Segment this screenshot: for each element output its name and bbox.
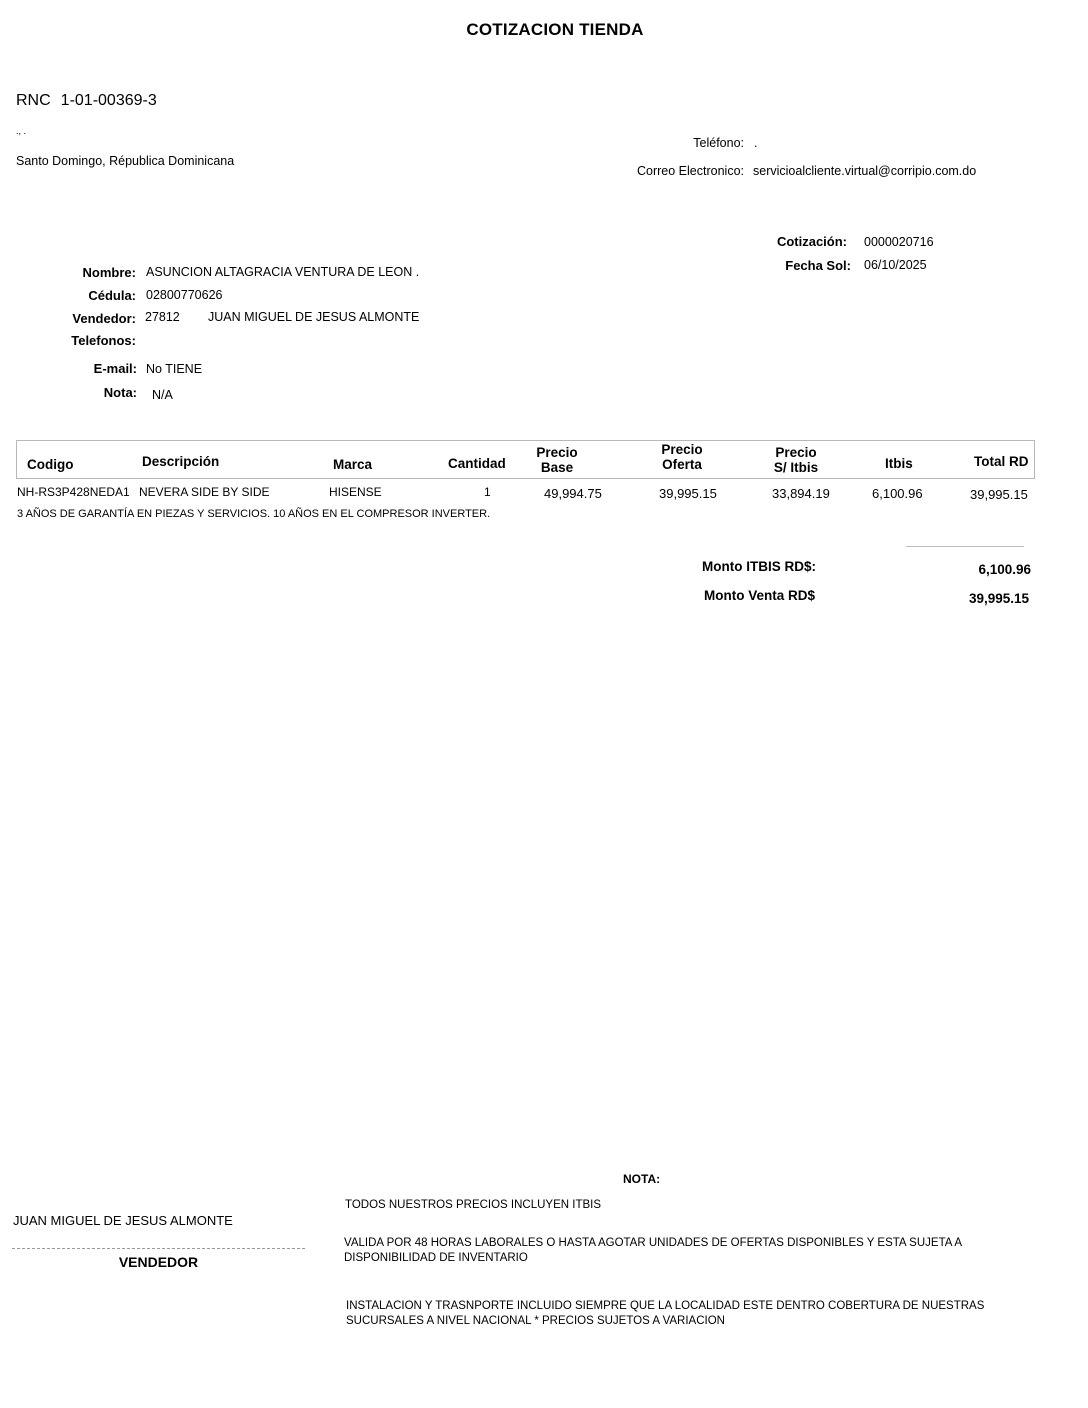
customer-note-label: Nota: xyxy=(104,385,137,400)
footer-note-3: INSTALACION Y TRASNPORTE INCLUIDO SIEMPR… xyxy=(346,1299,1006,1329)
rnc: RNC1-01-00369-3 xyxy=(16,92,157,110)
cell-precio-oferta: 39,995.15 xyxy=(659,486,717,501)
col-header-cantidad: Cantidad xyxy=(448,456,506,471)
footer-note-1: TODOS NUESTROS PRECIOS INCLUYEN ITBIS xyxy=(345,1198,1005,1213)
signature-line xyxy=(12,1248,305,1249)
col-header-descripcion: Descripción xyxy=(142,454,219,469)
quote-number-value: 0000020716 xyxy=(864,235,934,249)
sale-total-label: Monto Venta RD$ xyxy=(704,588,815,603)
itbis-total-value: 6,100.96 xyxy=(978,562,1031,577)
cell-descripcion: NEVERA SIDE BY SIDE xyxy=(139,485,270,499)
cell-marca: HISENSE xyxy=(329,485,382,499)
rnc-value: 1-01-00369-3 xyxy=(61,92,157,109)
col-header-precio-oferta: Precio Oferta xyxy=(652,442,712,472)
col-header-precio-base: Precio Base xyxy=(528,445,586,475)
itbis-total-label: Monto ITBIS RD$: xyxy=(702,559,816,574)
footer-note-2: VALIDA POR 48 HORAS LABORALES O HASTA AG… xyxy=(344,1236,984,1266)
col-header-codigo: Codigo xyxy=(27,457,74,472)
customer-id-label: Cédula: xyxy=(88,288,136,303)
quote-number-label: Cotización: xyxy=(777,234,847,249)
cell-precio-base: 49,994.75 xyxy=(544,486,602,501)
company-phone-value: . xyxy=(754,136,757,150)
cell-itbis: 6,100.96 xyxy=(872,486,923,501)
customer-email-label: E-mail: xyxy=(94,361,137,376)
seller-code: 27812 xyxy=(145,310,180,324)
cell-cantidad: 1 xyxy=(484,485,491,499)
quote-date-label: Fecha Sol: xyxy=(785,258,851,273)
col-header-marca: Marca xyxy=(333,457,372,472)
rnc-label: RNC xyxy=(16,92,51,109)
seller-name: JUAN MIGUEL DE JESUS ALMONTE xyxy=(208,310,419,324)
col-header-total: Total RD xyxy=(974,454,1029,469)
address-line-1: ., . xyxy=(16,126,26,136)
col-header-precio-sin-itbis: Precio S/ Itbis xyxy=(766,445,826,475)
customer-id-value: 02800770626 xyxy=(146,288,222,302)
seller-label: Vendedor: xyxy=(72,311,136,326)
customer-phones-label: Telefonos: xyxy=(71,333,136,348)
cell-precio-sin-itbis: 33,894.19 xyxy=(772,486,830,501)
signature-seller-name: JUAN MIGUEL DE JESUS ALMONTE xyxy=(13,1213,233,1228)
customer-name-label: Nombre: xyxy=(83,265,136,280)
cell-item-note: 3 AÑOS DE GARANTÍA EN PIEZAS Y SERVICIOS… xyxy=(17,508,490,520)
company-email-label: Correo Electronico: xyxy=(637,164,744,178)
cell-total: 39,995.15 xyxy=(970,487,1028,502)
sale-total-value: 39,995.15 xyxy=(969,591,1029,606)
address-line-2: Santo Domingo, Républica Dominicana xyxy=(16,154,234,168)
footer-nota-title: NOTA: xyxy=(623,1172,660,1186)
col-header-itbis: Itbis xyxy=(885,456,913,471)
customer-email-value: No TIENE xyxy=(146,362,202,376)
document-title: COTIZACION TIENDA xyxy=(0,20,1088,40)
totals-divider xyxy=(906,546,1024,547)
signature-caption: VENDEDOR xyxy=(12,1254,305,1270)
quote-date-value: 06/10/2025 xyxy=(864,258,927,272)
customer-name-value: ASUNCION ALTAGRACIA VENTURA DE LEON . xyxy=(146,265,419,279)
company-phone-label: Teléfono: xyxy=(693,136,744,150)
company-email-value: servicioalcliente.virtual@corripio.com.d… xyxy=(753,164,976,178)
cell-codigo: NH-RS3P428NEDA1 xyxy=(17,485,130,499)
customer-note-value: N/A xyxy=(152,388,173,402)
